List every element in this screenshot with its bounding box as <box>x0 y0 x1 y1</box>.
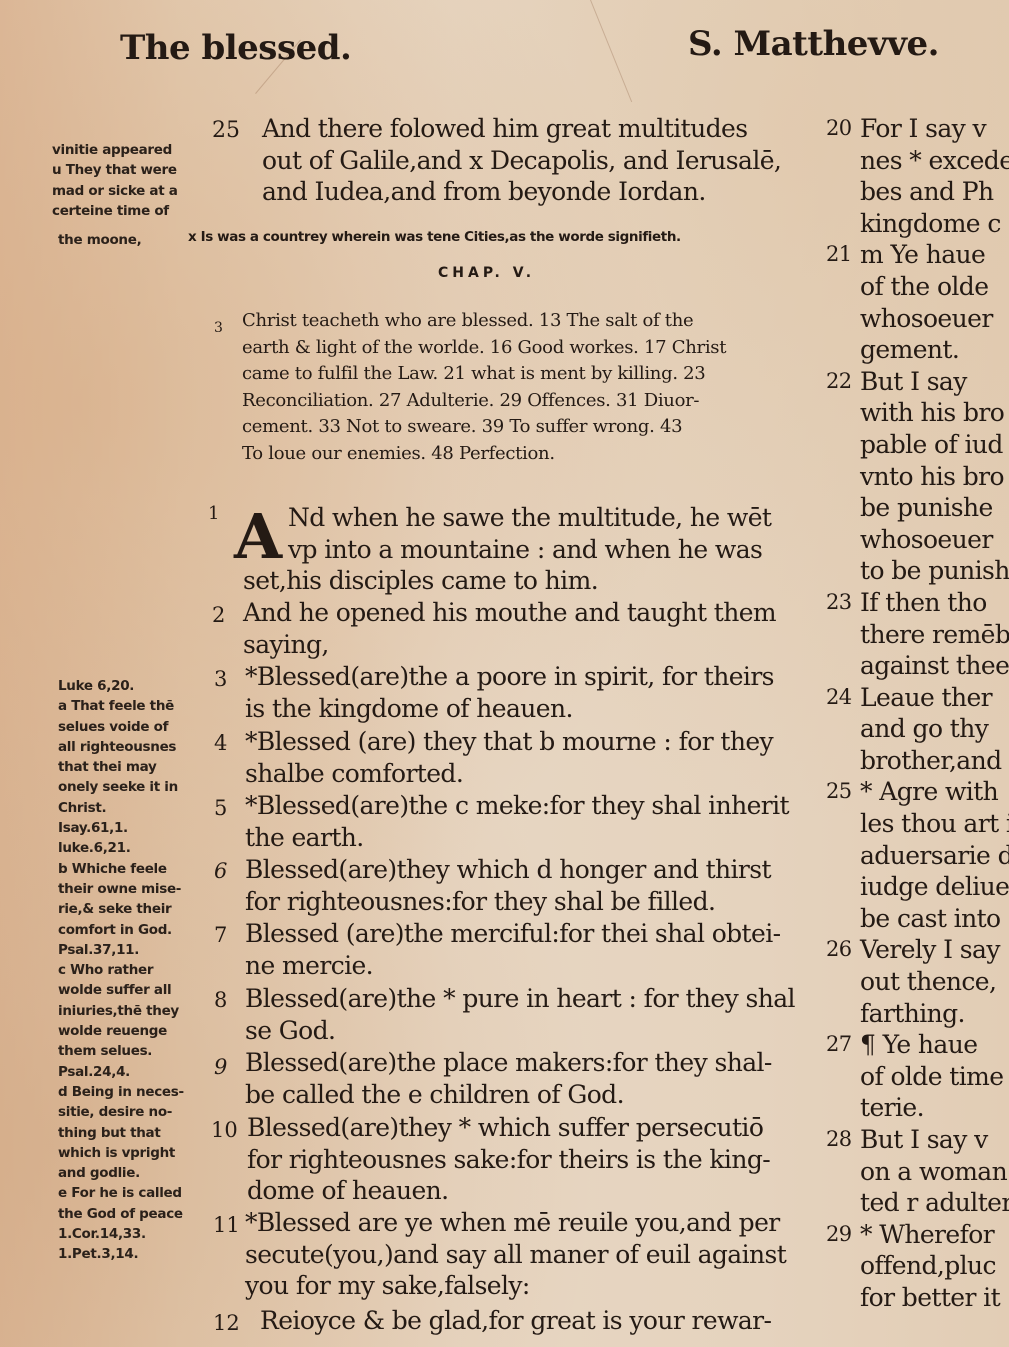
verse-line: is the kingdome of heauen. <box>245 693 774 725</box>
verse-7: Blessed (are)the merciful:for thei shal … <box>245 918 780 981</box>
verse-number: 29 <box>826 1219 860 1251</box>
verse-number: 2 <box>212 603 225 627</box>
verse-line: nes * excede <box>860 145 1009 177</box>
margin-note-line: c Who rather <box>58 960 184 980</box>
footnote-x: x Is was a countrey wherein was tene Cit… <box>188 229 681 245</box>
verse-number <box>826 903 860 935</box>
summary-line: earth & light of the worlde. 16 Good wor… <box>242 335 726 362</box>
verse-8: Blessed(are)the * pure in heart : for th… <box>245 983 795 1046</box>
right-column-line: 28But I say v <box>826 1124 1009 1156</box>
verse-number: 26 <box>826 934 860 966</box>
right-column-line: 24Leaue ther <box>826 682 1009 714</box>
verse-line: shalbe comforted. <box>245 758 773 790</box>
verse-line: be called the e children of God. <box>245 1079 772 1111</box>
verse-line: And there folowed him great multitudes <box>262 113 781 145</box>
verse-number <box>826 1187 860 1219</box>
verse-number <box>826 871 860 903</box>
verse-line: farthing. <box>860 998 965 1030</box>
verse-number <box>826 808 860 840</box>
verse-line: vnto his bro <box>860 461 1004 493</box>
right-column-line: of olde time <box>826 1061 1009 1093</box>
verse-1-line: vp into a mountaine : and when he was <box>288 534 762 566</box>
verse-line: pable of iud <box>860 429 1003 461</box>
verse-line: of olde time <box>860 1061 1003 1093</box>
margin-note-line: 1.Cor.14,33. <box>58 1224 184 1244</box>
margin-note-line: e For he is called <box>58 1183 184 1203</box>
verse-line: out thence, <box>860 966 996 998</box>
verse-line: se God. <box>245 1015 795 1047</box>
verse-line: brother,and <box>860 745 1002 777</box>
verse-line: of the olde <box>860 271 988 303</box>
margin-note-line: that thei may <box>58 757 184 777</box>
margin-note-line: selues voide of <box>58 717 184 737</box>
margin-note-line: luke.6,21. <box>58 838 184 858</box>
verse-line: Blessed(are)they * which suffer persecut… <box>247 1112 770 1144</box>
margin-note-line: mad or sicke at a <box>52 181 178 201</box>
margin-note-line: Isay.61,1. <box>58 818 184 838</box>
verse-line: ted r adulter <box>860 1187 1009 1219</box>
verse-line: les thou art i <box>860 808 1009 840</box>
right-column-line: be punishe <box>826 492 1009 524</box>
verse-line: But I say <box>860 366 967 398</box>
right-column-line: kingdome c <box>826 208 1009 240</box>
verse-line: m Ye haue <box>860 239 985 271</box>
summary-line: came to fulfil the Law. 21 what is ment … <box>242 361 726 388</box>
summary-line: cement. 33 Not to sweare. 39 To suffer w… <box>242 414 726 441</box>
verse-line: ¶ Ye haue <box>860 1029 977 1061</box>
right-column-line: for better it <box>826 1282 1009 1314</box>
verse-line: *Blessed are ye when mē reuile you,and p… <box>245 1207 786 1239</box>
verse-line: and Iudea,and from beyonde Iordan. <box>262 176 781 208</box>
right-column-line: be cast into <box>826 903 1009 935</box>
verse-5: *Blessed(are)the c meke:for they shal in… <box>245 790 789 853</box>
verse-line: *Blessed(are)the c meke:for they shal in… <box>245 790 789 822</box>
verse-number <box>826 492 860 524</box>
verse-1-line: set,his disciples came to him. <box>243 565 598 597</box>
verse-number <box>826 998 860 1030</box>
margin-note-line: wolde suffer all <box>58 980 184 1000</box>
right-column-line: 25* Agre with <box>826 776 1009 808</box>
verse-line: And he opened his mouthe and taught them <box>243 597 776 629</box>
verse-number: 25 <box>826 776 860 808</box>
right-column-line: aduersarie d <box>826 840 1009 872</box>
verse-number: 24 <box>826 682 860 714</box>
right-column: 20For I say vnes * excedebes and Phkingd… <box>826 113 1009 1314</box>
verse-line: aduersarie d <box>860 840 1009 872</box>
right-column-line: 23If then tho <box>826 587 1009 619</box>
margin-note-line: iniuries,thē they <box>58 1001 184 1021</box>
right-column-line: vnto his bro <box>826 461 1009 493</box>
margin-note-line: them selues. <box>58 1041 184 1061</box>
verse-line: out of Galile,and x Decapolis, and Ierus… <box>262 145 781 177</box>
verse-number <box>826 713 860 745</box>
verse-line: to be punish <box>860 555 1009 587</box>
margin-note-line: thing but that <box>58 1123 184 1143</box>
verse-line: whosoeuer <box>860 303 993 335</box>
right-column-line: iudge deliue <box>826 871 1009 903</box>
verse-9: Blessed(are)the place makers:for they sh… <box>245 1047 772 1110</box>
verse-1-line: Nd when he sawe the multitude, he wēt <box>288 502 771 534</box>
paper-crease <box>590 0 632 102</box>
verse-number <box>826 555 860 587</box>
verse-line: kingdome c <box>860 208 1001 240</box>
chapter-summary: Christ teacheth who are blessed. 13 The … <box>242 308 726 467</box>
verse-number: 6 <box>214 859 227 883</box>
verse-line: and go thy <box>860 713 988 745</box>
right-column-line: out thence, <box>826 966 1009 998</box>
margin-note-line: the God of peace <box>58 1204 184 1224</box>
margin-note-line: Luke 6,20. <box>58 676 184 696</box>
running-head-right: S. Matthevve. <box>688 24 939 64</box>
verse-line: dome of heauen. <box>247 1175 770 1207</box>
margin-note-line: b Whiche feele <box>58 859 184 879</box>
margin-note-line: onely seeke it in <box>58 777 184 797</box>
verse-line: be punishe <box>860 492 993 524</box>
margin-note-line: vinitie appeared <box>52 140 178 160</box>
verse-number: 4 <box>214 731 227 755</box>
verse-4: *Blessed (are) they that b mourne : for … <box>245 726 773 789</box>
margin-note-line: rie,& seke their <box>58 899 184 919</box>
margin-note-line: their owne mise- <box>58 879 184 899</box>
right-column-line: 21m Ye haue <box>826 239 1009 271</box>
verse-number: 23 <box>826 587 860 619</box>
verse-line: *Blessed (are) they that b mourne : for … <box>245 726 773 758</box>
verse-line: *Blessed(are)the a poore in spirit, for … <box>245 661 774 693</box>
verse-number <box>826 650 860 682</box>
verse-number <box>826 145 860 177</box>
verse-number: 11 <box>213 1213 240 1237</box>
right-column-line: offend,pluc <box>826 1250 1009 1282</box>
right-column-line: whosoeuer <box>826 524 1009 556</box>
margin-note-line: and godlie. <box>58 1163 184 1183</box>
verse-line: you for my sake,falsely: <box>245 1270 786 1302</box>
verse-line: iudge deliue <box>860 871 1009 903</box>
verse-number: 12 <box>213 1311 240 1335</box>
verse-line: Blessed (are)the merciful:for thei shal … <box>245 918 780 950</box>
verse-number: 21 <box>826 239 860 271</box>
margin-note-line: Psal.37,11. <box>58 940 184 960</box>
verse-number <box>826 1156 860 1188</box>
verse-line: bes and Ph <box>860 176 993 208</box>
margin-note-line: certeine time of <box>52 201 178 221</box>
verse-line: Verely I say <box>860 934 1000 966</box>
verse-number: 25 <box>212 118 240 143</box>
verse-line: saying, <box>243 629 776 661</box>
drop-cap: A <box>234 506 282 568</box>
verse-line: Reioyce & be glad,for great is your rewa… <box>260 1305 771 1337</box>
margin-note-line: the moone, <box>58 230 141 250</box>
verse-number: 20 <box>826 113 860 145</box>
verse-10: Blessed(are)they * which suffer persecut… <box>247 1112 770 1207</box>
verse-number: 7 <box>214 923 227 947</box>
margin-note-line: comfort in God. <box>58 920 184 940</box>
right-column-line: gement. <box>826 334 1009 366</box>
verse-number <box>826 619 860 651</box>
verse-number <box>826 1282 860 1314</box>
verse-line: for better it <box>860 1282 1000 1314</box>
verse-number <box>826 461 860 493</box>
verse-line: against thee <box>860 650 1009 682</box>
verse-line: For I say v <box>860 113 986 145</box>
verse-number <box>826 334 860 366</box>
verse-number <box>826 1092 860 1124</box>
verse-number: 8 <box>214 988 227 1012</box>
verse-2: And he opened his mouthe and taught them… <box>243 597 776 660</box>
verse-line: terie. <box>860 1092 924 1124</box>
margin-note-line: sitie, desire no- <box>58 1102 184 1122</box>
margin-note-line: a That feele thē <box>58 696 184 716</box>
verse-line: * Wherefor <box>860 1219 994 1251</box>
verse-line: with his bro <box>860 397 1004 429</box>
right-column-line: bes and Ph <box>826 176 1009 208</box>
verse-3: *Blessed(are)the a poore in spirit, for … <box>245 661 774 724</box>
verse-line: secute(you,)and say all maner of euil ag… <box>245 1239 786 1271</box>
chapter-heading: CHAP. V. <box>438 265 535 281</box>
right-column-line: there remēb <box>826 619 1009 651</box>
verse-line: Blessed(are)the place makers:for they sh… <box>245 1047 772 1079</box>
summary-line: Christ teacheth who are blessed. 13 The … <box>242 308 726 335</box>
right-column-line: 27¶ Ye haue <box>826 1029 1009 1061</box>
verse-number <box>826 303 860 335</box>
verse-number: 27 <box>826 1029 860 1061</box>
verse-line: If then tho <box>860 587 987 619</box>
right-column-line: nes * excede <box>826 145 1009 177</box>
verse-line: offend,pluc <box>860 1250 996 1282</box>
right-column-line: with his bro <box>826 397 1009 429</box>
right-column-line: 29* Wherefor <box>826 1219 1009 1251</box>
margin-note-line: Psal.24,4. <box>58 1062 184 1082</box>
summary-line: Reconciliation. 27 Adulterie. 29 Offence… <box>242 388 726 415</box>
verse-number <box>826 429 860 461</box>
verse-number: 3 <box>214 667 227 691</box>
right-column-line: pable of iud <box>826 429 1009 461</box>
verse-12: Reioyce & be glad,for great is your rewa… <box>260 1305 771 1337</box>
verse-number: 9 <box>214 1055 227 1079</box>
right-column-line: whosoeuer <box>826 303 1009 335</box>
verse-number: 28 <box>826 1124 860 1156</box>
margin-note-line: d Being in neces- <box>58 1082 184 1102</box>
verse-number <box>826 208 860 240</box>
summary-line: To loue our enemies. 48 Perfection. <box>242 441 726 468</box>
verse-line: Blessed(are)they which d honger and thir… <box>245 854 771 886</box>
verse-number <box>826 271 860 303</box>
verse-number <box>826 1250 860 1282</box>
right-column-line: 20For I say v <box>826 113 1009 145</box>
verse-number <box>826 745 860 777</box>
right-column-line: on a woman <box>826 1156 1009 1188</box>
right-column-line: of the olde <box>826 271 1009 303</box>
verse-line: the earth. <box>245 822 789 854</box>
margin-notes-left: Luke 6,20. a That feele thē selues voide… <box>58 676 184 1265</box>
margin-note-line: which is vpright <box>58 1143 184 1163</box>
summary-verse-number: 3 <box>214 320 223 336</box>
margin-note-line: wolde reuenge <box>58 1021 184 1041</box>
right-column-lines: 20For I say vnes * excedebes and Phkingd… <box>826 113 1009 1314</box>
verse-number <box>826 966 860 998</box>
right-column-line: terie. <box>826 1092 1009 1124</box>
verse-number: 22 <box>826 366 860 398</box>
verse-line: gement. <box>860 334 959 366</box>
right-column-line: against thee <box>826 650 1009 682</box>
verse-line: on a woman <box>860 1156 1007 1188</box>
margin-note-line: Christ. <box>58 798 184 818</box>
verse-line: ne mercie. <box>245 950 780 982</box>
verse-11: *Blessed are ye when mē reuile you,and p… <box>245 1207 786 1302</box>
verse-number <box>826 1061 860 1093</box>
verse-line: Blessed(are)the * pure in heart : for th… <box>245 983 795 1015</box>
verse-25-ch4: And there folowed him great multitudes o… <box>262 113 781 208</box>
verse-line: * Agre with <box>860 776 998 808</box>
verse-line: be cast into <box>860 903 1000 935</box>
margin-note-line: all righteousnes <box>58 737 184 757</box>
verse-line: for righteousnes:for they shal be filled… <box>245 886 771 918</box>
right-column-line: 22But I say <box>826 366 1009 398</box>
verse-6: Blessed(are)they which d honger and thir… <box>245 854 771 917</box>
right-column-line: 26Verely I say <box>826 934 1009 966</box>
verse-line: But I say v <box>860 1124 988 1156</box>
right-column-line: farthing. <box>826 998 1009 1030</box>
verse-number: 1 <box>208 503 219 524</box>
verse-line: for righteousnes sake:for theirs is the … <box>247 1144 770 1176</box>
verse-number: 10 <box>211 1118 238 1142</box>
verse-number <box>826 176 860 208</box>
verse-number <box>826 524 860 556</box>
verse-line: there remēb <box>860 619 1009 651</box>
right-column-line: to be punish <box>826 555 1009 587</box>
margin-notes-top: vinitie appeared u They that were mad or… <box>52 140 178 221</box>
verse-number <box>826 397 860 429</box>
right-column-line: brother,and <box>826 745 1009 777</box>
verse-number <box>826 840 860 872</box>
right-column-line: ted r adulter <box>826 1187 1009 1219</box>
margin-note-line: 1.Pet.3,14. <box>58 1244 184 1264</box>
margin-note-line: u They that were <box>52 160 178 180</box>
right-column-line: and go thy <box>826 713 1009 745</box>
running-head-left: The blessed. <box>120 28 351 68</box>
verse-number: 5 <box>214 796 227 820</box>
verse-line: Leaue ther <box>860 682 992 714</box>
verse-line: whosoeuer <box>860 524 993 556</box>
right-column-line: les thou art i <box>826 808 1009 840</box>
